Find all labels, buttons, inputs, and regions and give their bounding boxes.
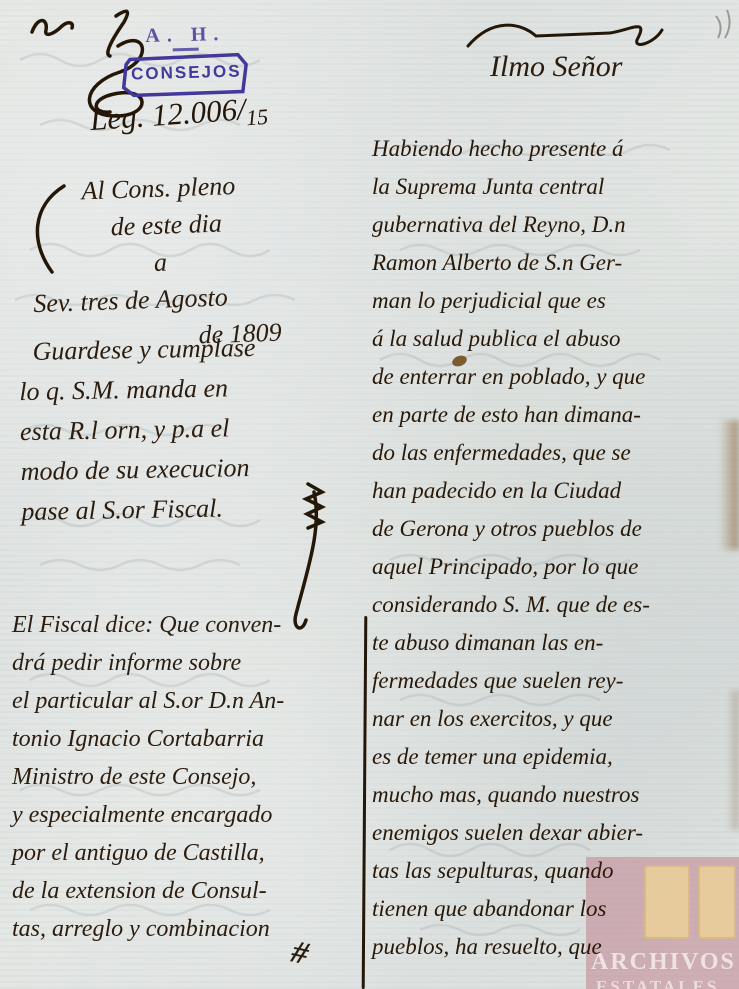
- archive-stamp: A. H. CONSEJOS: [119, 22, 253, 97]
- edge-stain: [727, 690, 739, 830]
- continuation-mark: #: [288, 933, 311, 973]
- fiscal-note: El Fiscal dice: Que conven-drá pedir inf…: [12, 606, 284, 948]
- handwritten-line: Ministro de este Consejo,: [12, 758, 284, 796]
- handwritten-line: de la extension de Consul-: [12, 872, 284, 910]
- handwritten-line: te abuso dimanan las en-: [372, 624, 650, 662]
- watermark-logo-icon: [644, 865, 690, 939]
- handwritten-line: nar en los exercitos, y que: [372, 700, 650, 738]
- handwritten-line: y especialmente encargado: [12, 796, 284, 834]
- handwritten-line: modo de su execucion: [20, 448, 258, 492]
- rubric-flourish-middle: [278, 478, 338, 643]
- handwritten-line: aquel Principado, por lo que: [372, 548, 650, 586]
- reference-sub: 15: [245, 104, 269, 130]
- handwritten-line: de Gerona y otros pueblos de: [372, 510, 650, 548]
- handwritten-line: a: [153, 240, 279, 281]
- handwritten-line: de enterrar en poblado, y que: [372, 358, 650, 396]
- handwritten-line: tas, arreglo y combinacion: [12, 910, 284, 948]
- handwritten-line: en parte de esto han dimana-: [372, 396, 650, 434]
- handwritten-line: de este dia: [110, 203, 278, 246]
- handwritten-line: tienen que abandonar los: [372, 890, 650, 928]
- handwritten-line: gubernativa del Reyno, D.n: [372, 206, 650, 244]
- handwritten-line: á la salud publica el abuso: [372, 320, 650, 358]
- stamp-heading: A. H.: [119, 22, 252, 48]
- watermark-text: ESTATALES: [596, 977, 719, 989]
- handwritten-line: es de temer una epidemia,: [372, 738, 650, 776]
- manuscript-page: A. H. CONSEJOS Leg. 12.006/15 Al Cons. p…: [0, 0, 739, 989]
- stamp-box: CONSEJOS: [120, 52, 253, 97]
- handwritten-line: considerando S. M. que de es-: [372, 586, 650, 624]
- watermark-logo-icon: [698, 865, 736, 939]
- handwritten-line: la Suprema Junta central: [372, 168, 650, 206]
- margin-line: [362, 616, 368, 989]
- stamp-label: CONSEJOS: [120, 61, 252, 84]
- handwritten-line: lo q. S.M. manda en: [19, 368, 257, 412]
- handwritten-line: do las enfermedades, que se: [372, 434, 650, 472]
- handwritten-line: drá pedir informe sobre: [12, 644, 284, 682]
- handwritten-line: Ramon Alberto de S.n Ger-: [372, 244, 650, 282]
- handwritten-line: esta R.l orn, y p.a el: [20, 408, 258, 452]
- handwritten-line: tas las sepulturas, quando: [372, 852, 650, 890]
- edge-stain: [719, 420, 739, 550]
- handwritten-line: Habiendo hecho presente á: [372, 130, 650, 168]
- handwritten-line: fermedades que suelen rey-: [372, 662, 650, 700]
- handwritten-line: enemigos suelen dexar abier-: [372, 814, 650, 852]
- stamp-underline: [173, 48, 199, 52]
- letter-body: Habiendo hecho presente ála Suprema Junt…: [372, 130, 650, 966]
- handwritten-line: pueblos, ha resuelto, que: [372, 928, 650, 966]
- salutation: Ilmo Señor: [490, 50, 622, 84]
- handwritten-line: el particular al S.or D.n An-: [12, 682, 284, 720]
- handwritten-line: pase al S.or Fiscal.: [21, 488, 259, 532]
- handwritten-line: por el antiguo de Castilla,: [12, 834, 284, 872]
- handwritten-line: han padecido en la Ciudad: [372, 472, 650, 510]
- handwritten-line: El Fiscal dice: Que conven-: [12, 606, 284, 644]
- handwritten-line: mucho mas, quando nuestros: [372, 776, 650, 814]
- compliance-note: Guardese y cumplaselo q. S.M. manda enes…: [18, 328, 258, 532]
- handwritten-line: man lo perjudicial que es: [372, 282, 650, 320]
- handwritten-line: Guardese y cumplase: [32, 328, 256, 372]
- handwritten-line: tonio Ignacio Cortabarria: [12, 720, 284, 758]
